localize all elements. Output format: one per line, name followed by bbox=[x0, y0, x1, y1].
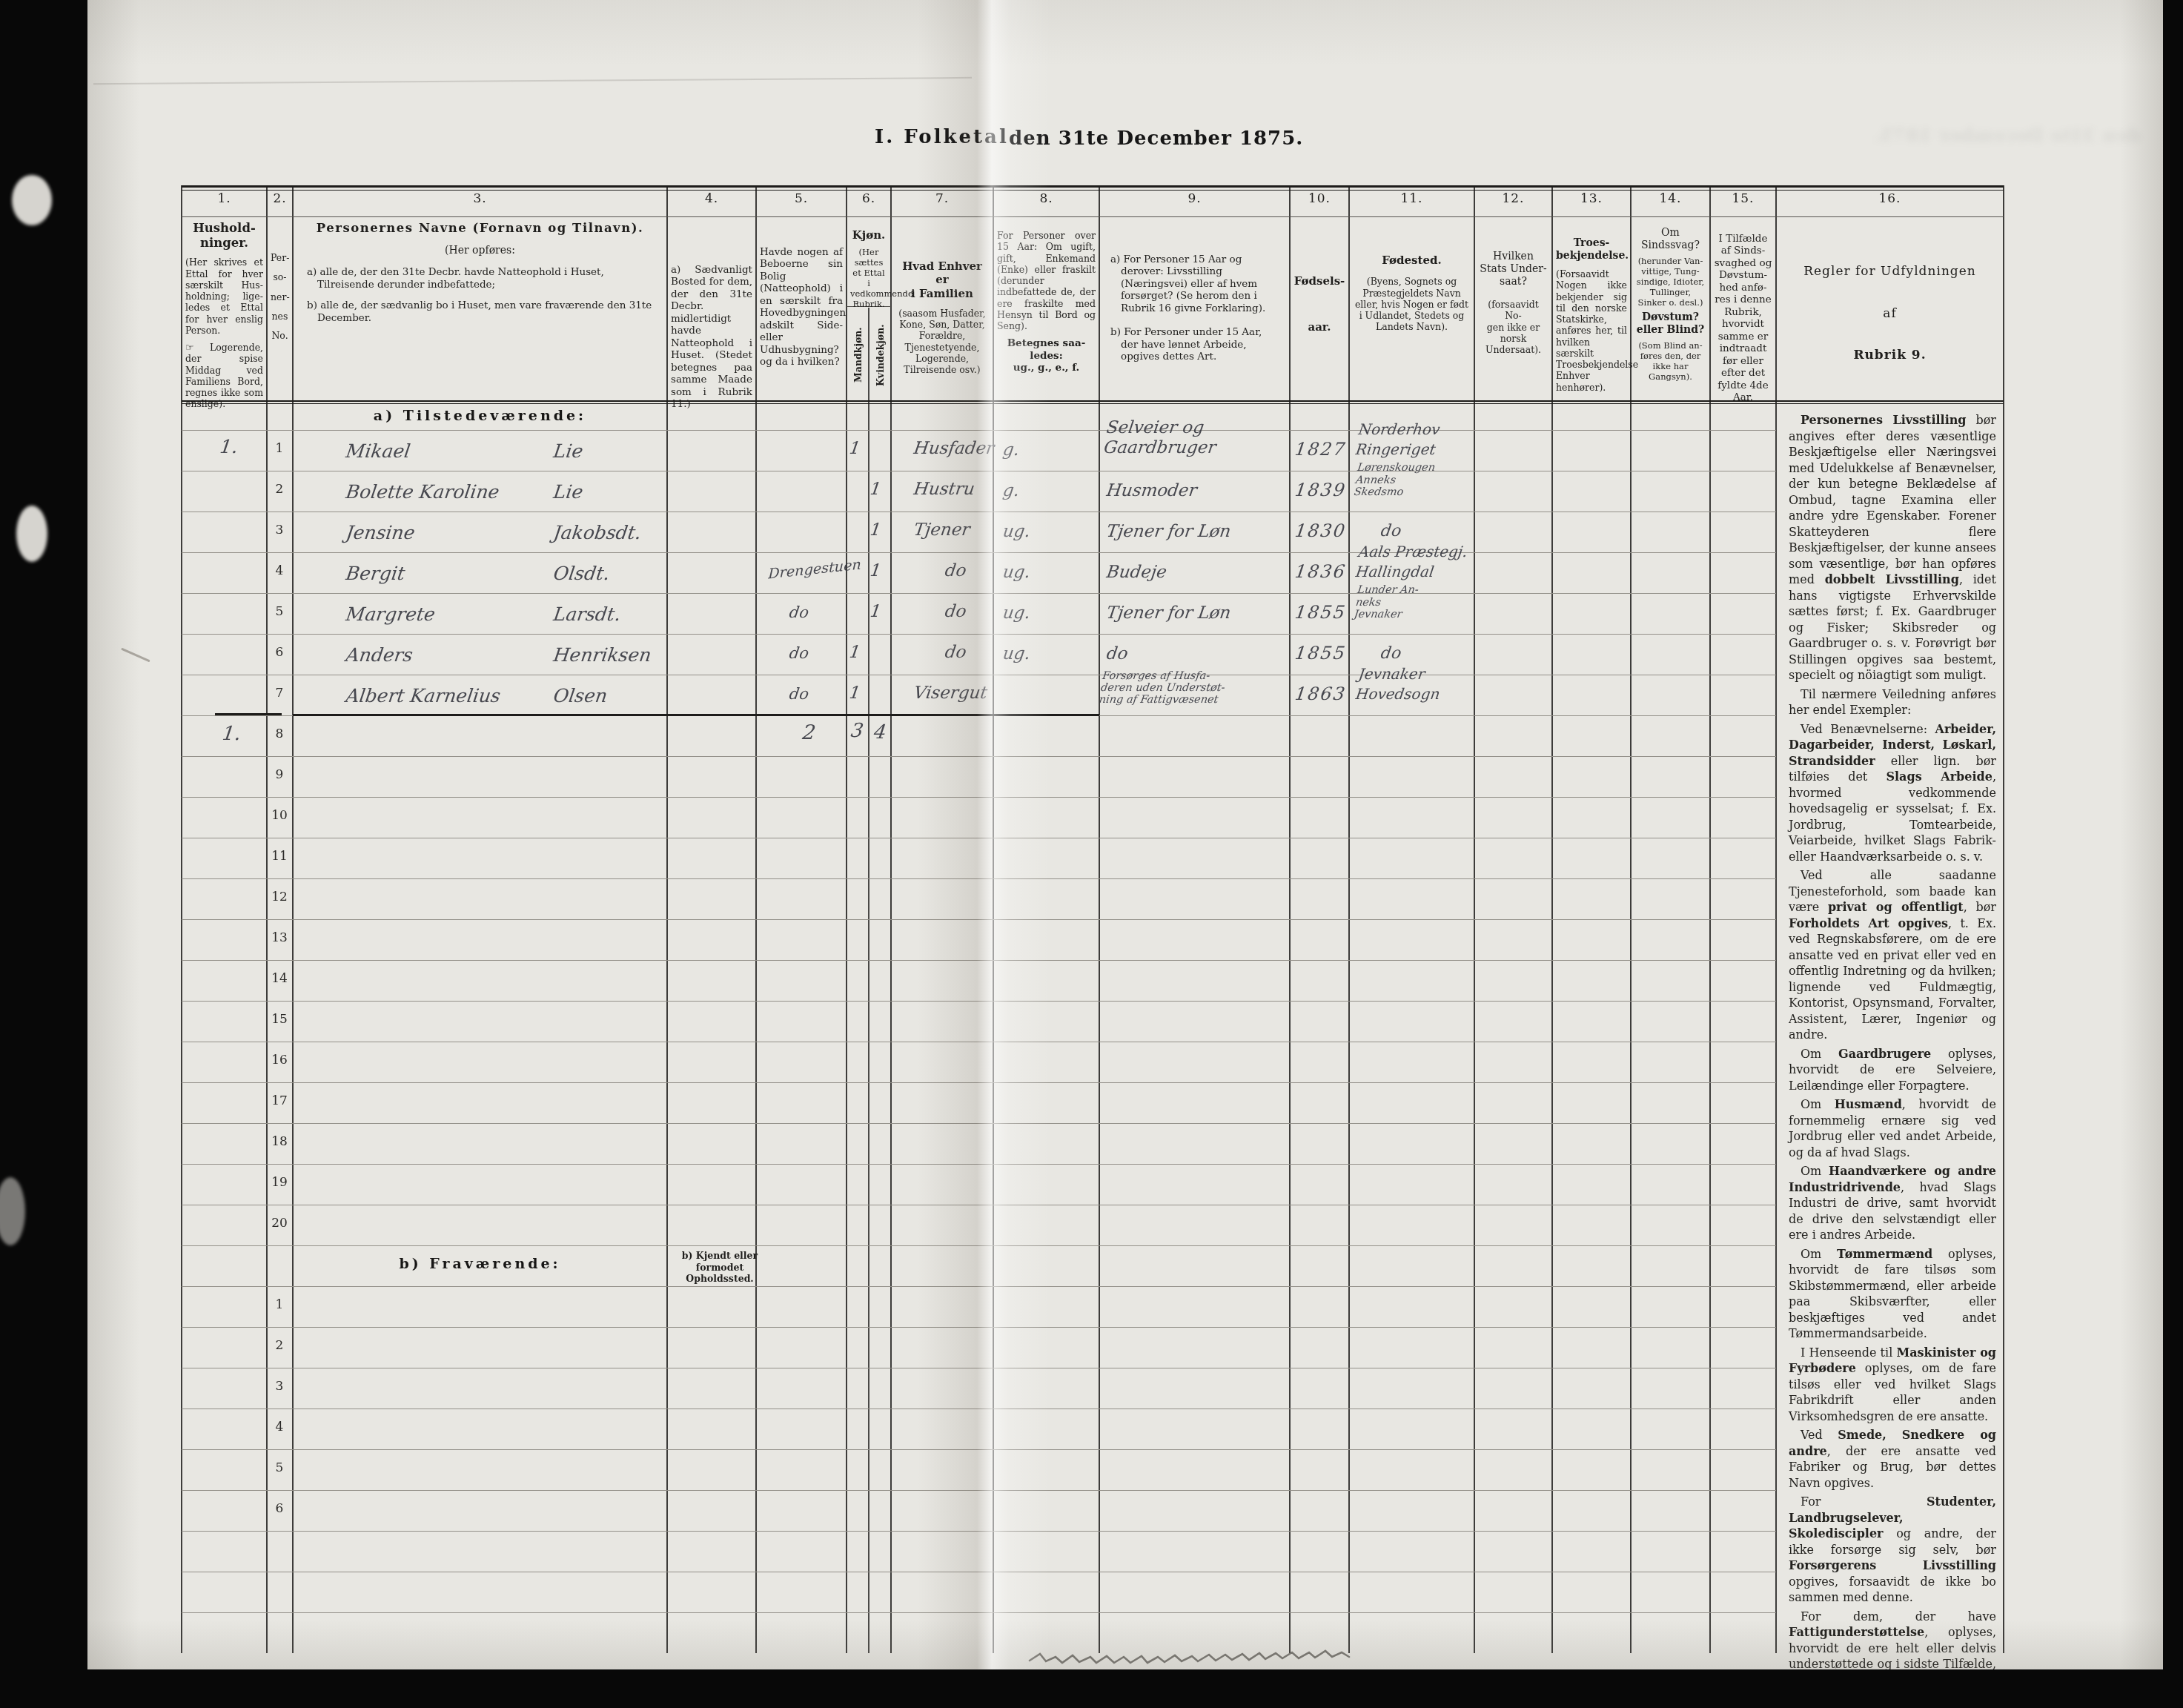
entry-marital-status: ug. bbox=[1001, 603, 1032, 623]
entry-family-position: Visergut bbox=[912, 683, 988, 703]
column-1-header-note2: ☞ Logerende, der spise Middag ved Famili… bbox=[185, 342, 263, 410]
entry-dwelling: Drengestuen bbox=[768, 557, 861, 583]
entry-birthplace: Jevnaker Hovedsogn bbox=[1354, 664, 1444, 704]
entry-family-position: do bbox=[944, 643, 967, 662]
person-number-b4: 4 bbox=[266, 1420, 293, 1434]
census-table: Personernes Livsstilling bør angives eft… bbox=[182, 185, 2004, 1664]
row-line bbox=[182, 1286, 1776, 1287]
column-5-number: 5. bbox=[756, 191, 847, 206]
census-sheet-page: I. Folketal den 31te December 1875. den … bbox=[87, 0, 2164, 1671]
column-14-number: 14. bbox=[1631, 191, 1710, 206]
person-number-b3: 3 bbox=[266, 1379, 293, 1394]
column-16-number: 16. bbox=[1776, 191, 2004, 206]
person-number-a15: 15 bbox=[266, 1012, 293, 1027]
entry-birth-year: 1863 bbox=[1293, 683, 1348, 704]
column-3-header-title: Personernes Navne (Fornavn og Tilnavn). bbox=[307, 221, 653, 236]
scan-blemish bbox=[0, 1177, 25, 1245]
column-11-header: Fødested.(Byens, Sognets og Præstegjelde… bbox=[1353, 221, 1471, 333]
entry-family-position: Husfader bbox=[912, 439, 996, 458]
entry-name-surname: Lie bbox=[552, 440, 584, 462]
column-7-header: Hvad Enhver er i Familien(saasom Husfade… bbox=[895, 221, 990, 375]
row-line bbox=[182, 1572, 1776, 1572]
rule-paragraph: For Studenter, Landbrugselever, Skoledis… bbox=[1789, 1494, 1996, 1606]
entry-birth-year: 1836 bbox=[1293, 561, 1348, 582]
row-line bbox=[182, 593, 1776, 594]
rule-paragraph: Til nærmere Veiledning anføres her endel… bbox=[1789, 686, 1996, 718]
row-line bbox=[182, 1368, 1776, 1368]
entry-male-tally: 1 bbox=[848, 439, 861, 458]
column-7-header-note: (saasom Husfader, Kone, Søn, Datter, For… bbox=[895, 308, 990, 376]
column-7-number: 7. bbox=[891, 191, 993, 206]
entry-name-given: Bolette Karoline bbox=[345, 481, 501, 503]
column-6-header-title: Kjøn. bbox=[850, 228, 887, 242]
form-title-number: I. Folketal bbox=[875, 126, 1009, 148]
person-number-a1: 1 bbox=[266, 441, 293, 456]
column-8-header: For Personer over 15 Aar: Om ugift, gift… bbox=[997, 221, 1096, 374]
column-7-header-title: Hvad Enhver er i Familien bbox=[895, 259, 990, 300]
column-9-header-item_b: b) For Personer under 15 Aar, der have l… bbox=[1110, 326, 1279, 363]
scan-margin-left bbox=[0, 0, 87, 1708]
entry-birth-year: 1839 bbox=[1293, 480, 1348, 500]
entry-name-surname: Olsen bbox=[552, 685, 609, 706]
column-13-number: 13. bbox=[1552, 191, 1631, 206]
section-a-label: a) Tilstedeværende: bbox=[293, 408, 667, 424]
entry-marital-status: ug. bbox=[1001, 563, 1032, 582]
person-number-a9: 9 bbox=[266, 767, 293, 782]
form-title-date: den 31te December 1875. bbox=[1009, 128, 1303, 150]
column-9-header-item_a: a) For Personer 15 Aar og derover: Livss… bbox=[1110, 254, 1279, 314]
entry-birthplace: Lunder An- neks Jevnaker bbox=[1354, 584, 1420, 621]
column-6-header-note: (Her sættes et Ettal i vedkommende Rubri… bbox=[850, 247, 887, 309]
ink-ghost: den 31te December 1875. bbox=[1577, 125, 2141, 146]
entry-birthplace: do bbox=[1379, 522, 1402, 540]
row-line bbox=[182, 430, 1776, 431]
entry-occupation: Tjener for Løn bbox=[1105, 603, 1232, 623]
person-number-a10: 10 bbox=[266, 808, 293, 823]
column-5-header: Havde nogen af Beboerne sin Bolig (Natte… bbox=[760, 221, 843, 368]
scan-blemish bbox=[12, 175, 52, 225]
column-6-header: Kjøn.(Her sættes et Ettal i vedkommende … bbox=[850, 221, 887, 309]
table-top-border bbox=[182, 185, 2004, 188]
column-3-header: Personernes Navne (Fornavn og Tilnavn).(… bbox=[297, 221, 663, 324]
entry-family-position: do bbox=[944, 602, 967, 621]
column-12-header-title: Hvilken Stats Under- saat? bbox=[1478, 251, 1548, 288]
rule-paragraph: I Henseende til Maskinister og Fyrbødere… bbox=[1789, 1345, 1996, 1425]
column-16-header-line: af bbox=[1780, 306, 2000, 322]
person-number-a20: 20 bbox=[266, 1216, 293, 1231]
entry-occupation: do bbox=[1105, 644, 1129, 663]
column-14-header-note2: (Som Blind an-føres den, der ikke har Ga… bbox=[1634, 340, 1706, 382]
column-13-header-title: Troes- bekjendelse. bbox=[1556, 237, 1627, 262]
entry-marital-status: g. bbox=[1001, 440, 1021, 460]
row-line bbox=[182, 797, 1776, 798]
column-15-number: 15. bbox=[1710, 191, 1776, 206]
page-edge bbox=[93, 77, 972, 85]
column-9-number: 9. bbox=[1099, 191, 1290, 206]
column-2-header-line: nes bbox=[271, 311, 289, 322]
column-14-header-title2: Døvstum? eller Blind? bbox=[1634, 311, 1706, 337]
scan-edge-right bbox=[2163, 0, 2183, 1708]
row-line bbox=[182, 1327, 1776, 1328]
row-line bbox=[182, 1245, 1776, 1246]
total-female: 4 bbox=[872, 721, 888, 744]
person-number-a14: 14 bbox=[266, 971, 293, 986]
entry-name-surname: Lie bbox=[552, 481, 584, 503]
column-3-header-note: (Her opføres: bbox=[307, 245, 653, 257]
column-15-header-note: I Tilfælde af Sinds-svaghed og Døvstum-h… bbox=[1714, 233, 1772, 404]
row-line bbox=[182, 1164, 1776, 1165]
entry-birth-year: 1855 bbox=[1293, 643, 1348, 663]
rule-paragraph: Om Haandværkere og andre Industridrivend… bbox=[1789, 1163, 1996, 1243]
entry-occupation: Husmoder bbox=[1105, 481, 1198, 500]
row-line bbox=[182, 1123, 1776, 1124]
column-1-header: Hushold- ninger.(Her skrives et Ettal fo… bbox=[185, 221, 263, 410]
rubrik9-instructions: Personernes Livsstilling bør angives eft… bbox=[1789, 412, 1996, 1691]
row-line bbox=[182, 919, 1776, 920]
column-14-header: Om Sindssvag?(herunder Van-vittige, Tung… bbox=[1634, 221, 1706, 382]
column-8-number: 8. bbox=[993, 191, 1099, 206]
column-1-number: 1. bbox=[182, 191, 267, 206]
entry-female-tally: 1 bbox=[869, 561, 882, 580]
person-number-b2: 2 bbox=[266, 1338, 293, 1353]
column-16-header: Regler for UdfyldningenafRubrik 9. bbox=[1780, 221, 2000, 363]
column-16-header-line: Regler for Udfyldningen bbox=[1780, 264, 2000, 279]
column-10-number: 10. bbox=[1290, 191, 1349, 206]
number-row-rule bbox=[182, 216, 2004, 217]
column-8-header-note: For Personer over 15 Aar: Om ugift, gift… bbox=[997, 230, 1096, 331]
entry-name-surname: Olsdt. bbox=[552, 563, 611, 584]
male-column-label: Mandkjøn. bbox=[847, 311, 869, 399]
row-line bbox=[182, 675, 1776, 675]
row-line bbox=[182, 1205, 1776, 1205]
row-line bbox=[182, 756, 1776, 757]
entry-birthplace: do bbox=[1379, 644, 1402, 663]
column-14-header-title: Om Sindssvag? bbox=[1634, 227, 1706, 252]
row-line bbox=[182, 838, 1776, 838]
entry-birthplace: Lørenskougen Anneks Skedsmo bbox=[1354, 462, 1437, 499]
row-line bbox=[182, 512, 1776, 512]
row-line bbox=[182, 960, 1776, 961]
entry-birthplace: Aals Præstegj. Hallingdal bbox=[1354, 542, 1468, 582]
person-number-a16: 16 bbox=[266, 1053, 293, 1067]
entry-name-surname: Henriksen bbox=[552, 644, 653, 666]
column-1-header-title: Hushold- ninger. bbox=[185, 221, 263, 251]
person-number-a4: 4 bbox=[266, 563, 293, 578]
entry-household-number: 1. bbox=[219, 436, 239, 457]
entry-family-position: Tjener bbox=[912, 520, 971, 540]
entry-male-tally: 1 bbox=[848, 683, 861, 703]
entry-marital-status: ug. bbox=[1001, 522, 1032, 541]
column-2-header-line: ner- bbox=[271, 291, 289, 302]
person-number-a13: 13 bbox=[266, 930, 293, 945]
person-number-a5: 5 bbox=[266, 604, 293, 619]
column-11-header-note: (Byens, Sognets og Præstegjeldets Navn e… bbox=[1353, 276, 1471, 332]
column-4-number: 4. bbox=[667, 191, 756, 206]
column-divider bbox=[2003, 185, 2004, 1653]
scan-edge-bottom bbox=[0, 1669, 2183, 1708]
column-5-header-note: Havde nogen af Beboerne sin Bolig (Natte… bbox=[760, 246, 843, 368]
entry-male-tally: 1 bbox=[848, 643, 861, 662]
entry-birthplace: Norderhov Ringeriget bbox=[1354, 420, 1441, 460]
pen-squiggle-mark bbox=[1027, 1647, 1427, 1669]
column-6-number: 6. bbox=[847, 191, 891, 206]
present-sum-rule bbox=[293, 714, 1099, 716]
entry-name-given: Jensine bbox=[345, 522, 417, 543]
entry-name-surname: Jakobsdt. bbox=[552, 522, 643, 543]
column-2-number: 2. bbox=[267, 191, 293, 206]
row-line bbox=[182, 1082, 1776, 1083]
column-3-header-item_a: a) alle de, der den 31te Decbr. havde Na… bbox=[307, 266, 653, 291]
column-14-header-note: (herunder Van-vittige, Tung-sindige, Idi… bbox=[1634, 256, 1706, 308]
column-2-header: Per-so-ner-nesNo. bbox=[271, 221, 289, 341]
rule-paragraph: Om Tømmermænd oplyses, hvorvidt de fare … bbox=[1789, 1246, 1996, 1342]
column-2-header-line: No. bbox=[271, 330, 289, 341]
column-10-header: Fødsels-aar. bbox=[1293, 221, 1345, 334]
person-number-a2: 2 bbox=[266, 482, 293, 497]
entry-dwelling: do bbox=[788, 685, 809, 703]
entry-name-given: Margrete bbox=[345, 603, 437, 625]
entry-birth-year: 1827 bbox=[1293, 439, 1348, 460]
entry-name-surname: Larsdt. bbox=[552, 603, 622, 625]
rule-paragraph: Ved Benævnelserne: Arbeider, Dagarbeider… bbox=[1789, 721, 1996, 865]
total-outbuilding: 2 bbox=[801, 721, 818, 744]
entry-birth-year: 1830 bbox=[1293, 520, 1348, 541]
column-4-header: a) Sædvanligt Bosted for dem, der den 31… bbox=[671, 221, 752, 411]
row-line bbox=[182, 1612, 1776, 1613]
rule-paragraph: Ved alle saadanne Tjenesteforhold, som b… bbox=[1789, 867, 1996, 1043]
pencil-mark bbox=[121, 648, 150, 662]
column-13-header: Troes- bekjendelse.(Forsaavidt Nogen ikk… bbox=[1556, 221, 1627, 393]
column-11-number: 11. bbox=[1349, 191, 1474, 206]
column-9-header: a) For Personer 15 Aar og derover: Livss… bbox=[1103, 221, 1286, 363]
entry-occupation: Tjener for Løn bbox=[1105, 522, 1232, 541]
entry-name-given: Mikael bbox=[345, 440, 412, 462]
sex-subcolumn-divider bbox=[868, 308, 869, 1653]
person-number-a18: 18 bbox=[266, 1134, 293, 1149]
column-11-header-title: Fødested. bbox=[1353, 254, 1471, 267]
entry-female-tally: 1 bbox=[869, 520, 882, 540]
entry-occupation: Selveier og Gaardbruger bbox=[1102, 418, 1220, 458]
row-line bbox=[182, 634, 1776, 635]
household-sum-rule bbox=[215, 713, 282, 715]
row-line bbox=[182, 1531, 1776, 1532]
entry-name-given: Anders bbox=[345, 644, 414, 666]
entry-marital-status: g. bbox=[1001, 481, 1021, 500]
person-number-a6: 6 bbox=[266, 645, 293, 660]
column-12-header-note: (forsaavidt No- gen ikke er norsk Unders… bbox=[1478, 299, 1548, 355]
row-line bbox=[182, 552, 1776, 553]
person-number-a12: 12 bbox=[266, 890, 293, 904]
rule-paragraph: Personernes Livsstilling bør angives eft… bbox=[1789, 412, 1996, 683]
entry-occupation: Forsørges af Husfa- deren uden Understøt… bbox=[1099, 670, 1228, 706]
column-15-header: I Tilfælde af Sinds-svaghed og Døvstum-h… bbox=[1714, 221, 1772, 404]
person-number-a3: 3 bbox=[266, 523, 293, 537]
rule-paragraph: Om Gaardbrugere oplyses, hvorvidt de ere… bbox=[1789, 1046, 1996, 1094]
row-line bbox=[182, 1409, 1776, 1409]
entry-marital-status: ug. bbox=[1001, 644, 1032, 663]
row-line bbox=[182, 1490, 1776, 1491]
column-10-header-line: Fødsels- bbox=[1293, 274, 1345, 288]
column-10-header-line: aar. bbox=[1293, 320, 1345, 334]
rule-paragraph: Ved Smede, Snedkere og andre, der ere an… bbox=[1789, 1427, 1996, 1491]
section-b-label: b) Fraværende: bbox=[293, 1256, 667, 1272]
column-13-header-note: (Forsaavidt Nogen ikke bekjender sig til… bbox=[1556, 268, 1627, 393]
total-male: 3 bbox=[849, 720, 865, 742]
person-number-b5: 5 bbox=[266, 1460, 293, 1475]
entry-dwelling: do bbox=[788, 603, 809, 621]
entry-occupation: Budeje bbox=[1105, 563, 1167, 582]
entry-family-position: do bbox=[944, 561, 967, 580]
column-12-number: 12. bbox=[1474, 191, 1552, 206]
entry-family-position: Hustru bbox=[912, 480, 975, 499]
column-3-header-item_b: b) alle de, der sædvanlig bo i Huset, me… bbox=[307, 299, 653, 324]
person-number-a8: 8 bbox=[266, 726, 293, 741]
entry-female-tally: 1 bbox=[869, 480, 882, 499]
row-line bbox=[182, 1449, 1776, 1450]
person-number-a7: 7 bbox=[266, 686, 293, 701]
total-households: 1. bbox=[221, 723, 242, 745]
section-b-residence-note: b) Kjendt eller formodet Opholdssted. bbox=[669, 1250, 771, 1285]
person-number-a19: 19 bbox=[266, 1175, 293, 1190]
row-line bbox=[182, 471, 1776, 471]
entry-birth-year: 1855 bbox=[1293, 602, 1348, 623]
entry-name-given: Bergit bbox=[345, 563, 406, 584]
female-column-label: Kvindekjøn. bbox=[869, 311, 891, 399]
table-top-border-inner bbox=[182, 190, 2004, 191]
row-line bbox=[182, 878, 1776, 879]
row-line bbox=[182, 1042, 1776, 1042]
column-12-header: Hvilken Stats Under- saat?(forsaavidt No… bbox=[1478, 221, 1548, 355]
column-16-header-line: Rubrik 9. bbox=[1780, 348, 2000, 363]
rule-paragraph: Om Husmænd, hvorvidt de fornemmelig ernæ… bbox=[1789, 1096, 1996, 1160]
column-2-header-line: so- bbox=[271, 271, 289, 282]
person-number-b1: 1 bbox=[266, 1297, 293, 1312]
row-line bbox=[182, 1001, 1776, 1002]
column-3-number: 3. bbox=[293, 191, 667, 206]
column-4-header-note: a) Sædvanligt Bosted for dem, der den 31… bbox=[671, 264, 752, 411]
person-number-a17: 17 bbox=[266, 1093, 293, 1108]
column-8-header-note2: Betegnes saa- ledes: ug., g., e., f. bbox=[997, 337, 1096, 374]
column-2-header-line: Per- bbox=[271, 252, 289, 263]
entry-name-given: Albert Karnelius bbox=[345, 685, 502, 706]
entry-dwelling: do bbox=[788, 644, 809, 662]
entry-female-tally: 1 bbox=[869, 602, 882, 621]
person-number-b6: 6 bbox=[266, 1501, 293, 1516]
column-1-header-note: (Her skrives et Ettal for hver særskilt … bbox=[185, 256, 263, 336]
scan-blemish bbox=[16, 506, 47, 562]
person-number-a11: 11 bbox=[266, 849, 293, 864]
